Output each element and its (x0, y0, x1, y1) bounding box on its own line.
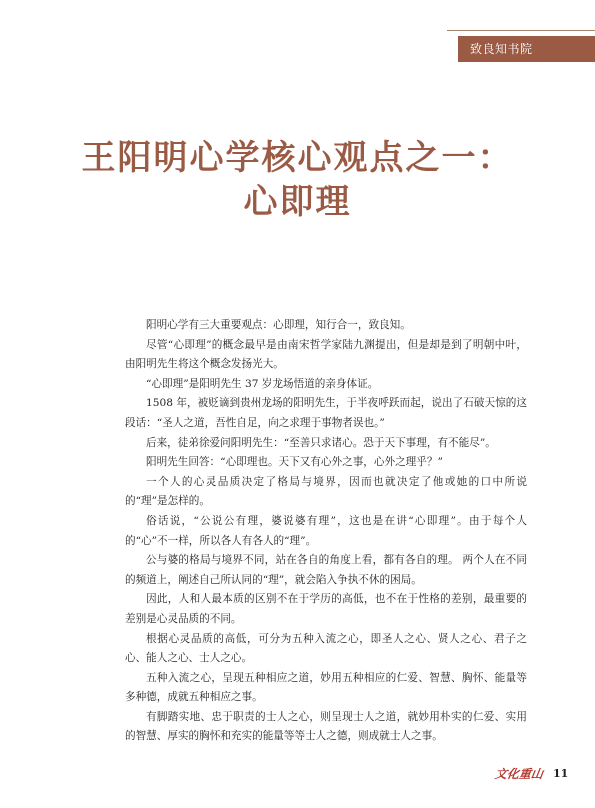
article-body: 阳明心学有三大重要观点：心即理，知行合一，致良知。 尽管“心即理”的概念最早是由… (125, 316, 527, 747)
page-footer: 文化重山 11 (495, 762, 568, 784)
page-number: 11 (553, 767, 568, 780)
paragraph: 五种入流之心，呈现五种相应之道，妙用五种相应的仁爱、智慧、胸怀、能量等多种德，成… (125, 669, 527, 708)
paragraph: 根据心灵品质的高低，可分为五种入流之心，即圣人之心、贤人之心、君子之心、能人之心… (125, 630, 527, 669)
title-line-2: 心即理 (0, 180, 595, 224)
paragraph: 俗话说，“公说公有理，婆说婆有理”，这也是在讲“心即理”。由于每个人的“心”不一… (125, 512, 527, 551)
paragraph: 一个人的心灵品质决定了格局与境界，因而也就决定了他或她的口中所说的“理”是怎样的… (125, 473, 527, 512)
paragraph: 有脚踏实地、忠于职责的士人之心，则呈现士人之道，就妙用朴实的仁爱、实用的智慧、厚… (125, 708, 527, 747)
publication-logo: 文化重山 (494, 765, 544, 782)
paragraph: 尽管“心即理”的概念最早是由南宋哲学家陆九渊提出，但是却是到了明朝中叶，由阳明先… (125, 336, 527, 375)
paragraph: 公与婆的格局与境界不同，站在各自的角度上看，都有各自的理。 两个人在不同的频道上… (125, 551, 527, 590)
title-line-1: 王阳明心学核心观点之一： (0, 136, 595, 180)
paragraph: 阳明先生回答：“心即理也。天下又有心外之事，心外之理乎？” (125, 453, 527, 473)
article-title: 王阳明心学核心观点之一： 心即理 (0, 136, 595, 224)
paragraph: 因此，人和人最本质的区别不在于学历的高低，也不在于性格的差别，最重要的差别是心灵… (125, 590, 527, 629)
paragraph: 后来，徒弟徐爱问阳明先生：“至善只求诸心。恐于天下事理，有不能尽”。 (125, 434, 527, 454)
paragraph: “心即理”是阳明先生 37 岁龙场悟道的亲身体证。 (125, 375, 527, 395)
paragraph: 阳明心学有三大重要观点：心即理，知行合一，致良知。 (125, 316, 527, 336)
section-tag: 致良知书院 (458, 36, 595, 62)
header-rule (447, 30, 595, 31)
paragraph: 1508 年，被贬谪到贵州龙场的阳明先生，于半夜呼跃而起，说出了石破天惊的这段话… (125, 394, 527, 433)
